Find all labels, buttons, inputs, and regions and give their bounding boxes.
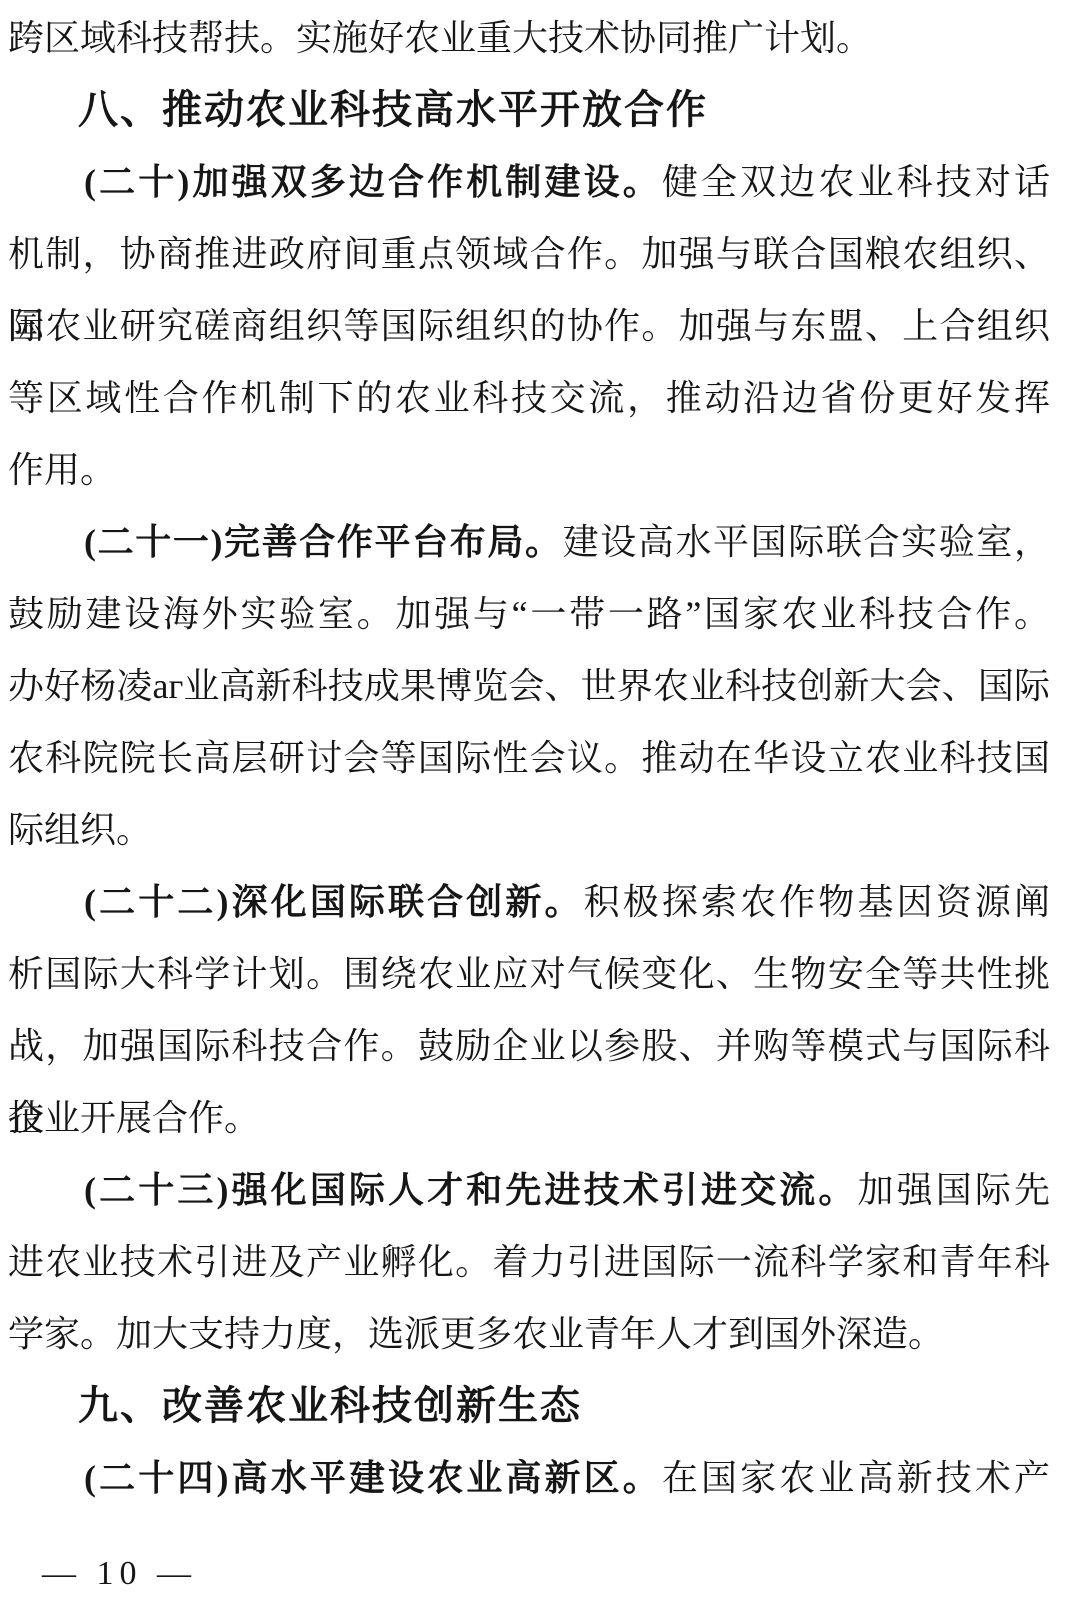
paragraph-lead: (二十三)强化国际人才和先进技术引进交流。 xyxy=(84,1170,858,1210)
body-text: 等区域性合作机制下的农业科技交流，推动沿边省份更好发挥 xyxy=(8,378,1050,418)
text-line: 学家。加大支持力度，选派更多农业青年人才到国外深造。 xyxy=(8,1298,1050,1370)
body-text: 学家。加大支持力度，选派更多农业青年人才到国外深造。 xyxy=(8,1314,944,1354)
body-text: 积极探索农作物基因资源阐 xyxy=(584,882,1050,922)
body-text: 跨区域科技帮扶。实施好农业重大技术协同推广计划。 xyxy=(8,18,872,58)
body-text: 建设高水平国际联合实验室， xyxy=(563,522,1050,562)
text-line: 际农业研究磋商组织等国际组织的协作。加强与东盟、上合组织 xyxy=(8,290,1050,362)
body-text: 析国际大科学计划。围绕农业应对气候变化、生物安全等共性挑 xyxy=(8,954,1050,994)
text-line: (二十)加强双多边合作机制建设。健全双边农业科技对话 xyxy=(8,146,1050,218)
text-line: 办好杨凌аг业高新科技成果博览会、世界农业科技创新大会、国际 xyxy=(8,650,1050,722)
text-line: 际组织。 xyxy=(8,794,1050,866)
text-line: (二十三)强化国际人才和先进技术引进交流。加强国际先 xyxy=(8,1154,1050,1226)
section-heading: 九、改善农业科技创新生态 xyxy=(8,1370,1050,1442)
text-line: 析国际大科学计划。围绕农业应对气候变化、生物安全等共性挑 xyxy=(8,938,1050,1010)
text-line: 农科院院长高层研讨会等国际性会议。推动在华设立农业科技国 xyxy=(8,722,1050,794)
body-text: 企业开展合作。 xyxy=(8,1098,260,1138)
text-line: 战，加强国际科技合作。鼓励企业以参股、并购等模式与国际科技 xyxy=(8,1010,1050,1082)
body-text: 健全双边农业科技对话 xyxy=(662,162,1050,202)
text-line: 作用。 xyxy=(8,434,1050,506)
text-line: (二十一)完善合作平台布局。建设高水平国际联合实验室， xyxy=(8,506,1050,578)
text-line: 等区域性合作机制下的农业科技交流，推动沿边省份更好发挥 xyxy=(8,362,1050,434)
text-line: 鼓励建设海外实验室。加强与“一带一路”国家农业科技合作。 xyxy=(8,578,1050,650)
document-page: 跨区域科技帮扶。实施好农业重大技术协同推广计划。 八、推动农业科技高水平开放合作… xyxy=(0,0,1080,1618)
paragraph-lead: (二十二)深化国际联合创新。 xyxy=(84,882,584,922)
paragraph-lead: (二十一)完善合作平台布局。 xyxy=(84,522,563,562)
body-text: 加强国际先 xyxy=(858,1170,1050,1210)
body-text: 办好杨凌аг业高新科技成果博览会、世界农业科技创新大会、国际 xyxy=(8,666,1050,706)
paragraph-lead: (二十四)高水平建设农业高新区。 xyxy=(84,1458,662,1498)
text-line: 机制，协商推进政府间重点领域合作。加强与联合国粮农组织、国 xyxy=(8,218,1050,290)
body-text: 际农业研究磋商组织等国际组织的协作。加强与东盟、上合组织 xyxy=(8,306,1050,346)
body-text: 际组织。 xyxy=(8,810,152,850)
body-text: 作用。 xyxy=(8,450,116,490)
section-heading: 八、推动农业科技高水平开放合作 xyxy=(8,74,1050,146)
text-line: 跨区域科技帮扶。实施好农业重大技术协同推广计划。 xyxy=(8,2,1050,74)
page-number: — 10 — xyxy=(8,1552,1050,1596)
body-text: 进农业技术引进及产业孵化。着力引进国际一流科学家和青年科 xyxy=(8,1242,1050,1282)
text-line: 企业开展合作。 xyxy=(8,1082,1050,1154)
text-line: 进农业技术引进及产业孵化。着力引进国际一流科学家和青年科 xyxy=(8,1226,1050,1298)
body-text: 在国家农业高新技术产 xyxy=(662,1458,1050,1498)
body-text: 鼓励建设海外实验室。加强与“一带一路”国家农业科技合作。 xyxy=(8,594,1050,634)
paragraph-lead: (二十)加强双多边合作机制建设。 xyxy=(84,162,662,202)
body-text: 农科院院长高层研讨会等国际性会议。推动在华设立农业科技国 xyxy=(8,738,1050,778)
document-body: 跨区域科技帮扶。实施好农业重大技术协同推广计划。 八、推动农业科技高水平开放合作… xyxy=(8,2,1050,1596)
text-line: (二十四)高水平建设农业高新区。在国家农业高新技术产 xyxy=(8,1442,1050,1514)
text-line: (二十二)深化国际联合创新。积极探索农作物基因资源阐 xyxy=(8,866,1050,938)
